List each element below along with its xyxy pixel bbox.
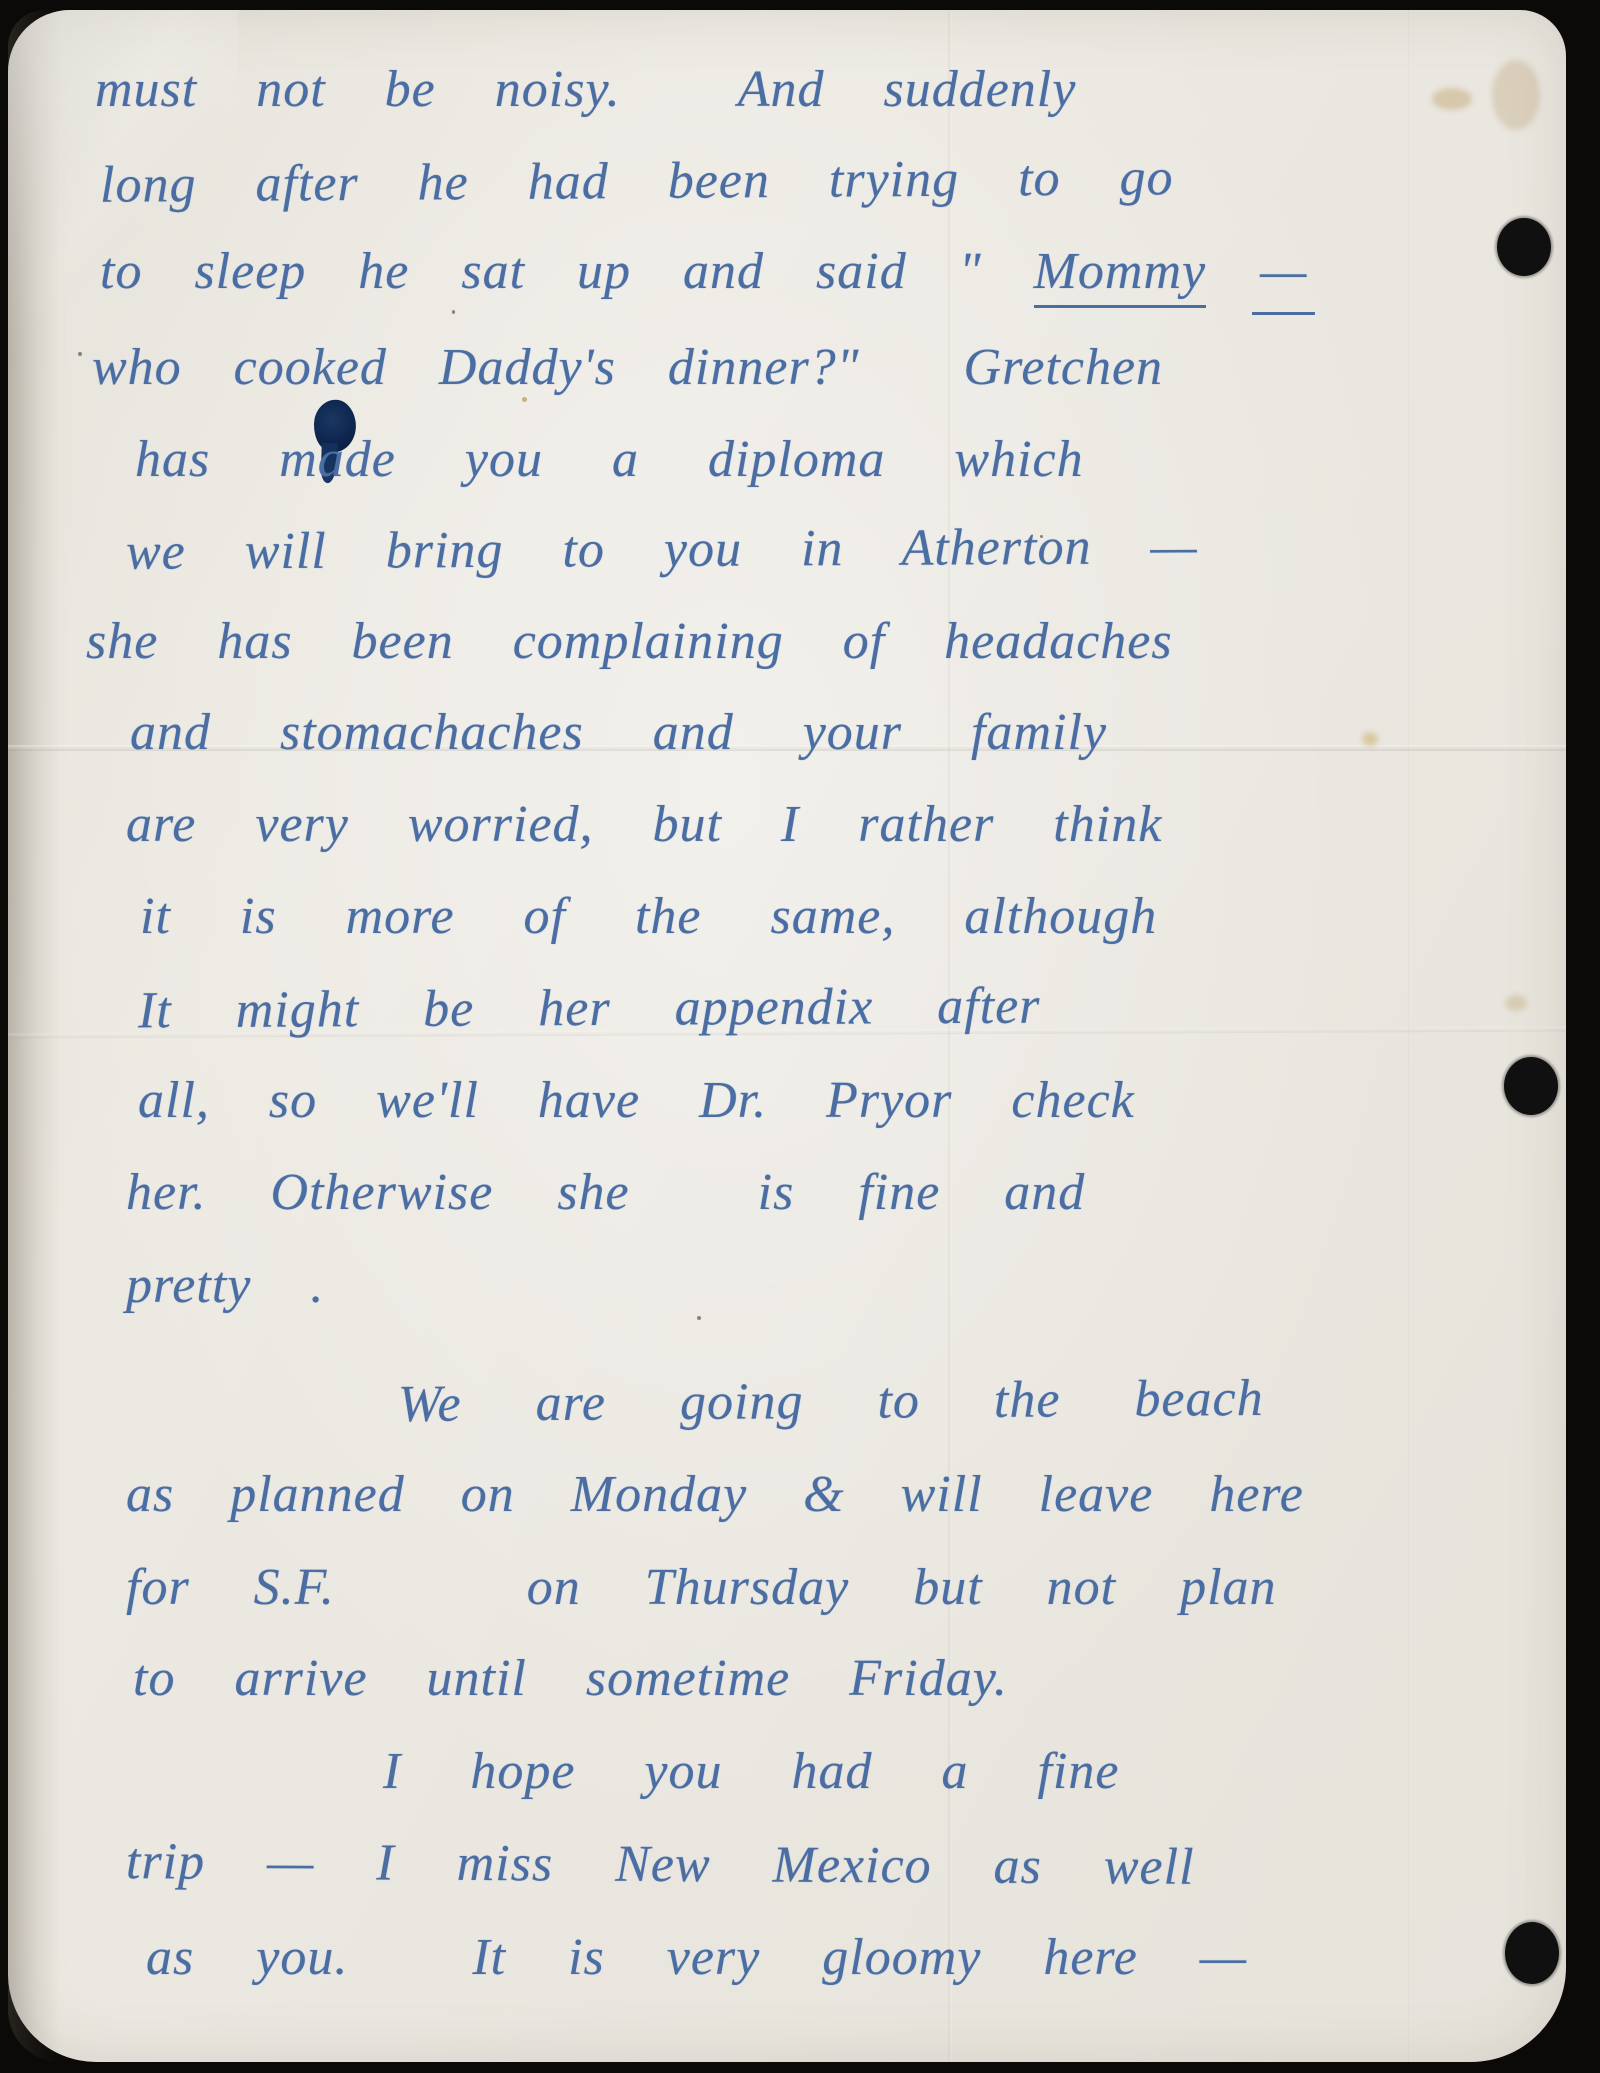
punch-hole [1504,1057,1558,1115]
underlined-word: Mommy [1034,243,1207,308]
handwritten-line: for S.F. on Thursday but not plan [126,1558,1277,1617]
handwritten-line: she has been complaining of headaches [86,612,1173,671]
handwritten-line: I hope you had a fine [383,1742,1119,1801]
handwritten-line: all, so we'll have Dr. Pryor check [138,1071,1135,1130]
paper-stain [1362,732,1378,746]
handwritten-line: must not be noisy. And suddenly [95,60,1076,119]
handwritten-line: trip — I miss New Mexico as well [126,1832,1195,1897]
handwritten-line: who cooked Daddy's dinner?" Gretchen [92,338,1163,397]
handwritten-line: It might be her appendix after [138,977,1041,1041]
handwritten-line: We are going to the beach [398,1369,1264,1434]
paper-speck [697,1316,701,1320]
underlined-dash: — [1252,243,1315,315]
handwritten-line: are very worried, but I rather think [126,795,1162,854]
handwritten-line: and stomachaches and your family [130,703,1107,762]
line-text: to sleep he sat up and said " [100,243,1034,300]
scanned-letter-page: must not be noisy. And suddenly long aft… [0,0,1600,2073]
handwritten-line: as planned on Monday & will leave here [126,1465,1304,1524]
paper-stain [1492,60,1540,130]
paper-speck [522,397,527,402]
handwritten-line: pretty . [126,1256,324,1315]
paper-speck [452,310,455,314]
punch-hole [1505,1922,1559,1984]
handwritten-line: to arrive until sometime Friday. [133,1649,1008,1708]
handwritten-line: has made you a diploma which [135,430,1084,489]
handwritten-line: her. Otherwise she is fine and [126,1163,1085,1222]
handwritten-line: it is more of the same, although [140,887,1157,946]
handwritten-line: to sleep he sat up and said " Mommy— [100,242,1315,301]
punch-hole [1497,218,1551,276]
handwritten-line: as you. It is very gloomy here — [146,1928,1247,1987]
handwritten-line: long after he had been trying to go [100,148,1174,214]
paper-stain [1505,995,1527,1011]
paper-speck [78,352,82,356]
paper-stain [1432,88,1472,110]
handwritten-line: we will bring to you in Atherton — [126,517,1198,582]
